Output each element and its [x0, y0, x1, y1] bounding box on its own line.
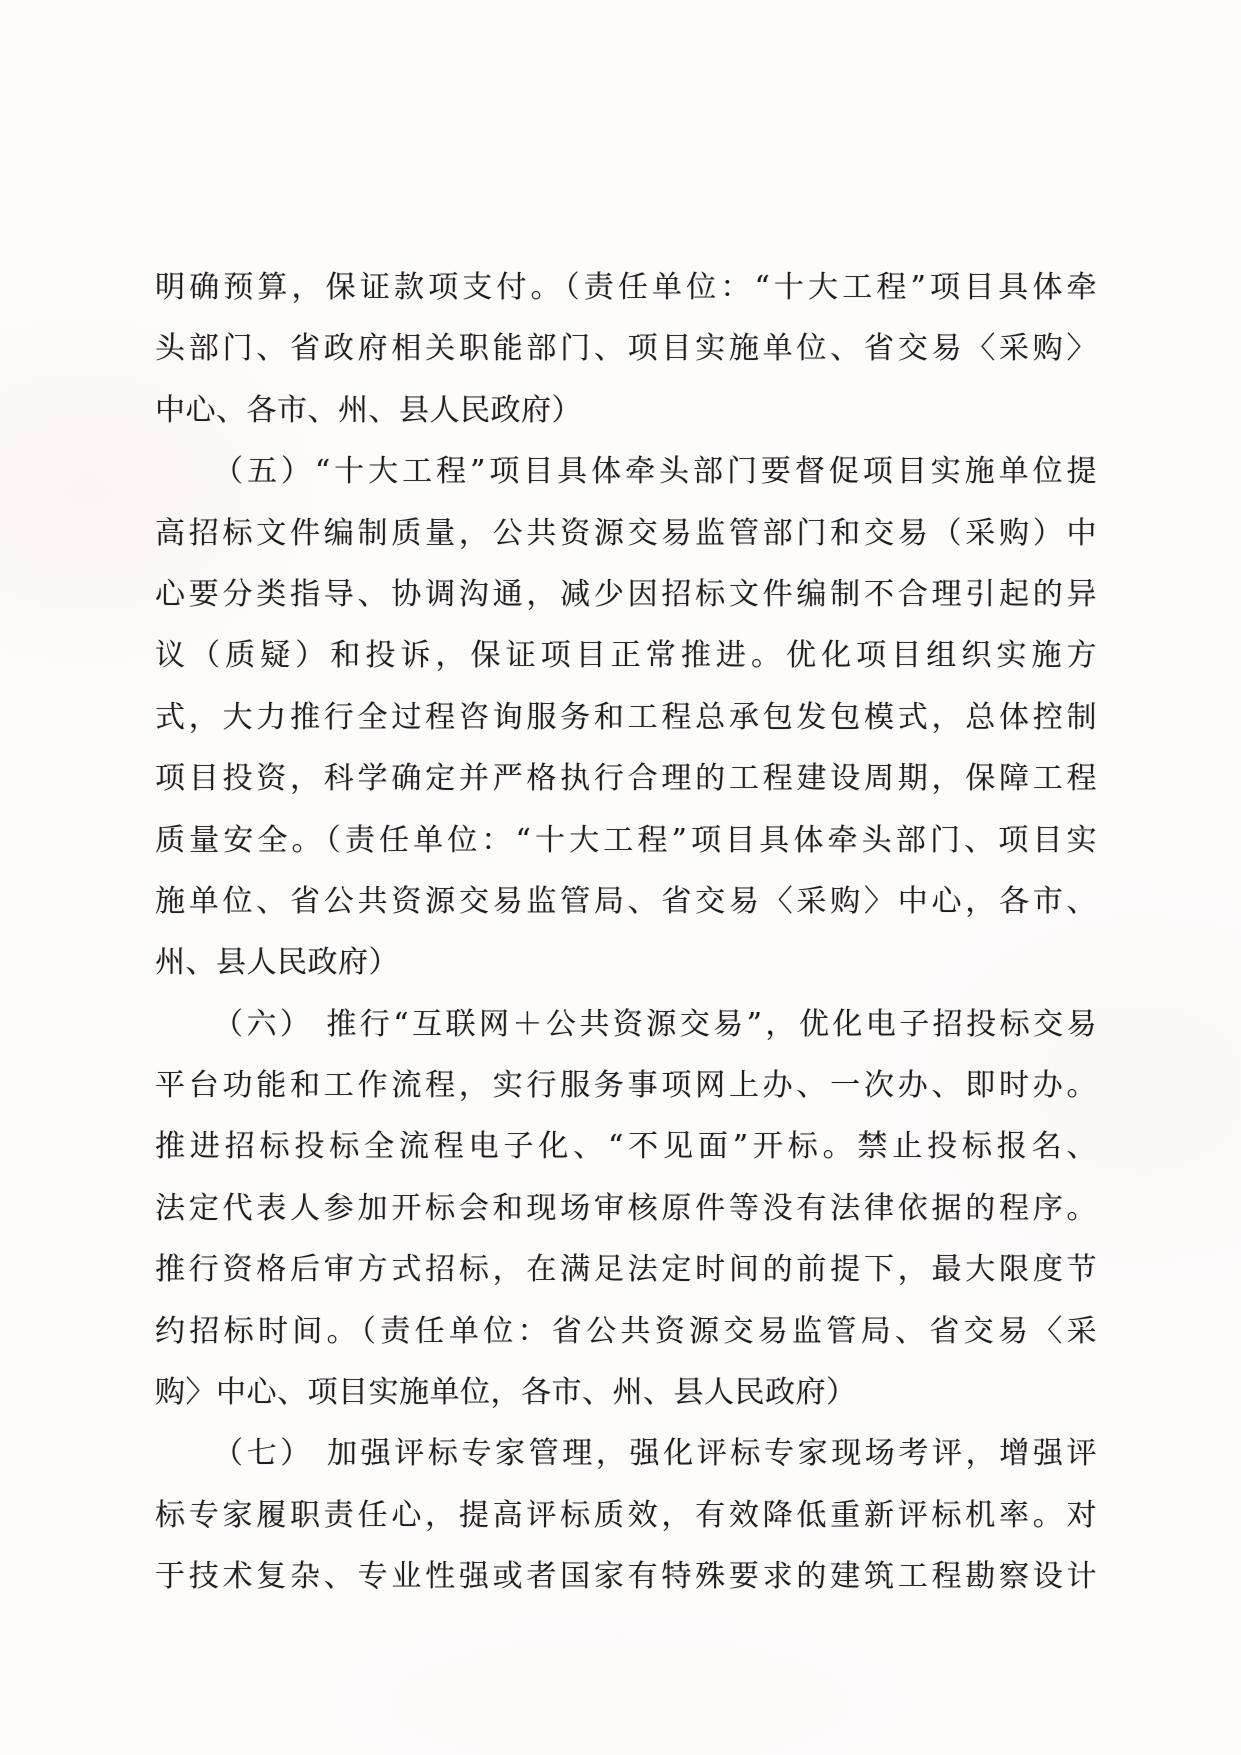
text-line: 州、县人民政府）: [155, 932, 1097, 993]
text-line: 施单位、省公共资源交易监管局、省交易〈采购〉中心，各市、: [155, 871, 1097, 932]
text-line: 议（质疑）和投诉，保证项目正常推进。优化项目组织实施方: [155, 625, 1097, 686]
text-line: （六） 推行“互联网＋公共资源交易”，优化电子招投标交易: [155, 994, 1097, 1055]
text-line: 推行资格后审方式招标，在满足法定时间的前提下，最大限度节: [155, 1239, 1097, 1300]
text-line: 中心、各市、州、县人民政府）: [155, 380, 1097, 441]
text-line: 法定代表人参加开标会和现场审核原件等没有法律依据的程序。: [155, 1178, 1097, 1239]
text-line: 平台功能和工作流程，实行服务事项网上办、一次办、即时办。: [155, 1055, 1097, 1116]
paragraph: （五）“十大工程”项目具体牵头部门要督促项目实施单位提高招标文件编制质量，公共资…: [155, 441, 1097, 994]
text-line: 头部门、省政府相关职能部门、项目实施单位、省交易〈采购〉: [155, 318, 1097, 379]
text-line: 高招标文件编制质量，公共资源交易监管部门和交易（采购）中: [155, 503, 1097, 564]
text-line: （七） 加强评标专家管理，强化评标专家现场考评，增强评: [155, 1423, 1097, 1484]
text-line: 约招标时间。（责任单位：省公共资源交易监管局、省交易〈采: [155, 1301, 1097, 1362]
text-line: 购〉中心、项目实施单位，各市、州、县人民政府）: [155, 1362, 1097, 1423]
text-line: 标专家履职责任心，提高评标质效，有效降低重新评标机率。对: [155, 1485, 1097, 1546]
paragraph: （六） 推行“互联网＋公共资源交易”，优化电子招投标交易平台功能和工作流程，实行…: [155, 994, 1097, 1424]
document-page: 明确预算，保证款项支付。（责任单位：“十大工程”项目具体牵头部门、省政府相关职能…: [0, 0, 1241, 1755]
text-line: 推进招标投标全流程电子化、“不见面”开标。禁止投标报名、: [155, 1116, 1097, 1177]
text-line: 质量安全。（责任单位：“十大工程”项目具体牵头部门、项目实: [155, 810, 1097, 871]
text-line: 明确预算，保证款项支付。（责任单位：“十大工程”项目具体牵: [155, 257, 1097, 318]
text-line: 心要分类指导、协调沟通，减少因招标文件编制不合理引起的异: [155, 564, 1097, 625]
text-line: （五）“十大工程”项目具体牵头部门要督促项目实施单位提: [155, 441, 1097, 502]
text-line: 式，大力推行全过程咨询服务和工程总承包发包模式，总体控制: [155, 687, 1097, 748]
text-line: 于技术复杂、专业性强或者国家有特殊要求的建筑工程勘察设计: [155, 1546, 1097, 1607]
paragraph: 明确预算，保证款项支付。（责任单位：“十大工程”项目具体牵头部门、省政府相关职能…: [155, 257, 1097, 441]
text-block: 明确预算，保证款项支付。（责任单位：“十大工程”项目具体牵头部门、省政府相关职能…: [155, 257, 1097, 1608]
text-line: 项目投资，科学确定并严格执行合理的工程建设周期，保障工程: [155, 748, 1097, 809]
paragraph: （七） 加强评标专家管理，强化评标专家现场考评，增强评标专家履职责任心，提高评标…: [155, 1423, 1097, 1607]
